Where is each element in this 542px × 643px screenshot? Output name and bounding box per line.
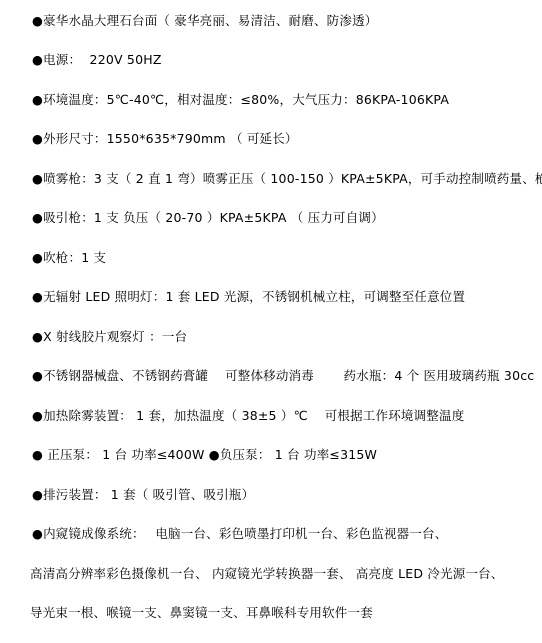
- spec-line-spray-gun: ●喷雾枪：3 支（ 2 直 1 弯）喷雾正压（ 100-150 ）KPA±5KP…: [0, 159, 542, 199]
- spec-line-pumps: ● 正压泵： 1 台 功率≤400W ●负压泵： 1 台 功率≤315W: [0, 436, 542, 476]
- spec-line-endoscope-system: ●内窥镜成像系统： 电脑一台、彩色喷墨打印机一台、彩色监视器一台、: [0, 515, 542, 555]
- spec-line-endoscope-system-cont-2: 导光束一根、喉镜一支、鼻窦镜一支、耳鼻喉科专用软件一套: [0, 594, 542, 634]
- spec-line-drainage: ●排污装置： 1 套（ 吸引管、吸引瓶）: [0, 475, 542, 515]
- spec-line-power: ●电源： 220V 50HZ: [0, 41, 542, 81]
- spec-line-environment: ●环境温度：5℃-40℃，相对温度：≤80%，大气压力：86KPA-106KPA: [0, 80, 542, 120]
- spec-line-countertop: ●豪华水晶大理石台面（ 豪华亮丽、易清洁、耐磨、防渗透）: [0, 1, 542, 41]
- spec-line-led-lamp: ●无辐射 LED 照明灯：1 套 LED 光源，不锈钢机械立柱，可调整至任意位置: [0, 278, 542, 318]
- spec-line-suction-gun: ●吸引枪：1 支 负压（ 20-70 ）KPA±5KPA （ 压力可自调）: [0, 199, 542, 239]
- spec-line-endoscope-system-cont-1: 高清高分辨率彩色摄像机一台、 内窥镜光学转换器一套、 高亮度 LED 冷光源一台…: [0, 554, 542, 594]
- spec-line-steel-trays: ●不锈钢器械盘、不锈钢药膏罐 可整体移动消毒 药水瓶：4 个 医用玻璃药瓶 30…: [0, 357, 542, 397]
- spec-line-dimensions: ●外形尺寸：1550*635*790mm （ 可延长）: [0, 120, 542, 160]
- spec-document: ●豪华水晶大理石台面（ 豪华亮丽、易清洁、耐磨、防渗透） ●电源： 220V 5…: [0, 0, 542, 643]
- spec-line-air-gun: ●吹枪：1 支: [0, 238, 542, 278]
- spec-line-xray-viewer: ●X 射线胶片观察灯 ：一台: [0, 317, 542, 357]
- spec-line-defog-device: ●加热除雾装置： 1 套，加热温度（ 38±5 ）℃ 可根据工作环境调整温度: [0, 396, 542, 436]
